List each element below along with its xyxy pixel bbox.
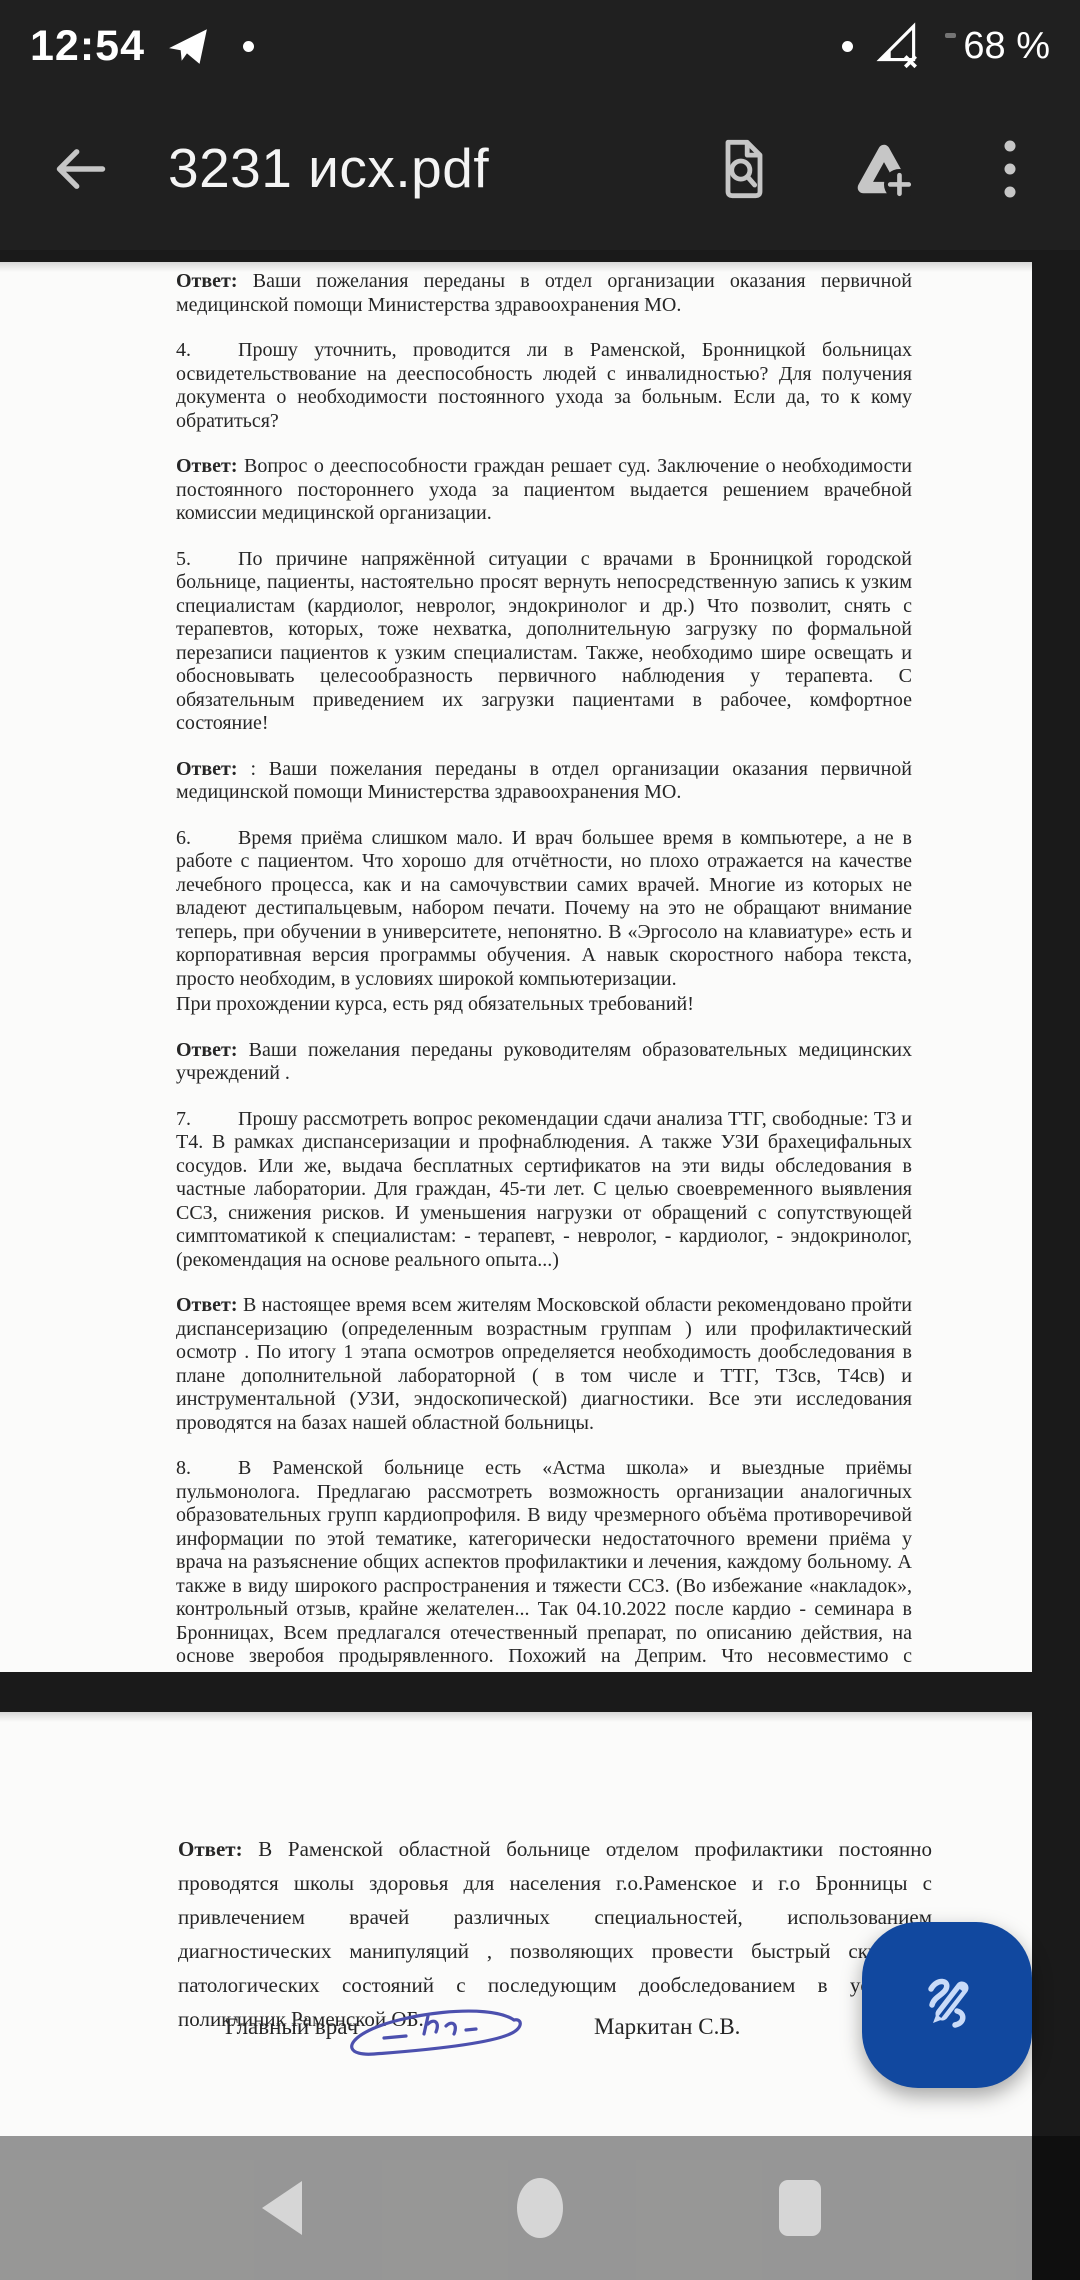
signature-pen-icon [917, 1973, 977, 2038]
answer-item: Ответ: Ваши пожелания переданы руководит… [176, 1039, 912, 1086]
question-item-4: 4.Прошу уточнить, проводится ли в Раменс… [176, 339, 912, 433]
overflow-menu-icon [1003, 138, 1017, 205]
back-triangle-icon [262, 2181, 302, 2235]
document-title: 3231 исх.pdf [168, 136, 489, 200]
pdf-page-1: Ответ: Ваши пожелания переданы в отдел о… [0, 262, 1032, 1672]
find-in-page-button[interactable] [712, 138, 776, 204]
battery-percent: 68 % [963, 25, 1050, 68]
status-bar: 12:54 68 % [0, 0, 1080, 92]
toolbar: 3231 исх.pdf [0, 92, 1080, 250]
question-item-8: 8.В Раменской больнице есть «Астма школа… [176, 1457, 912, 1672]
back-arrow-icon [53, 141, 109, 202]
question-item-6-continuation: При прохождении курса, есть ряд обязател… [176, 993, 912, 1017]
no-internet-icon [875, 21, 921, 71]
clock: 12:54 [30, 22, 145, 71]
annotate-fab[interactable] [862, 1922, 1032, 2088]
handwritten-signature [326, 1994, 542, 2085]
notification-dot-right [842, 41, 853, 52]
find-in-page-icon [718, 137, 770, 206]
notification-dot-left [243, 41, 254, 52]
drive-add-icon [851, 136, 917, 207]
overflow-menu-button[interactable] [978, 138, 1042, 204]
nav-home-button[interactable] [480, 2136, 600, 2280]
answer-item: Ответ: : Ваши пожелания переданы в отдел… [176, 758, 912, 805]
telegram-icon [167, 25, 209, 67]
recents-square-icon [779, 2180, 821, 2236]
home-circle-icon [517, 2178, 563, 2238]
open-in-drive-button[interactable] [852, 138, 916, 204]
top-bars: 12:54 68 % 3231 исх.pdf [0, 0, 1080, 250]
question-item-7: 7.Прошу рассмотреть вопрос рекомендации … [176, 1108, 912, 1273]
back-button[interactable] [52, 142, 110, 200]
answer-item: Ответ: Ваши пожелания переданы в отдел о… [176, 270, 912, 317]
nav-back-button[interactable] [222, 2136, 342, 2280]
nav-bar [0, 2136, 1080, 2280]
answer-item: Ответ: В Раменской областной больнице от… [178, 1832, 932, 2036]
question-item-5: 5.По причине напряжённой ситуации с врач… [176, 548, 912, 736]
answer-item: Ответ: В настоящее время всем жителям Мо… [176, 1294, 912, 1435]
answer-item: Ответ: Вопрос о дееспособности граждан р… [176, 455, 912, 526]
page1-text: Ответ: Ваши пожелания переданы в отдел о… [0, 262, 1032, 1672]
question-item-6: 6.Время приёма слишком мало. И врач боль… [176, 827, 912, 992]
nav-recents-button[interactable] [740, 2136, 860, 2280]
signature-name: Маркитан С.В. [594, 2014, 740, 2040]
battery-icon [937, 37, 951, 55]
